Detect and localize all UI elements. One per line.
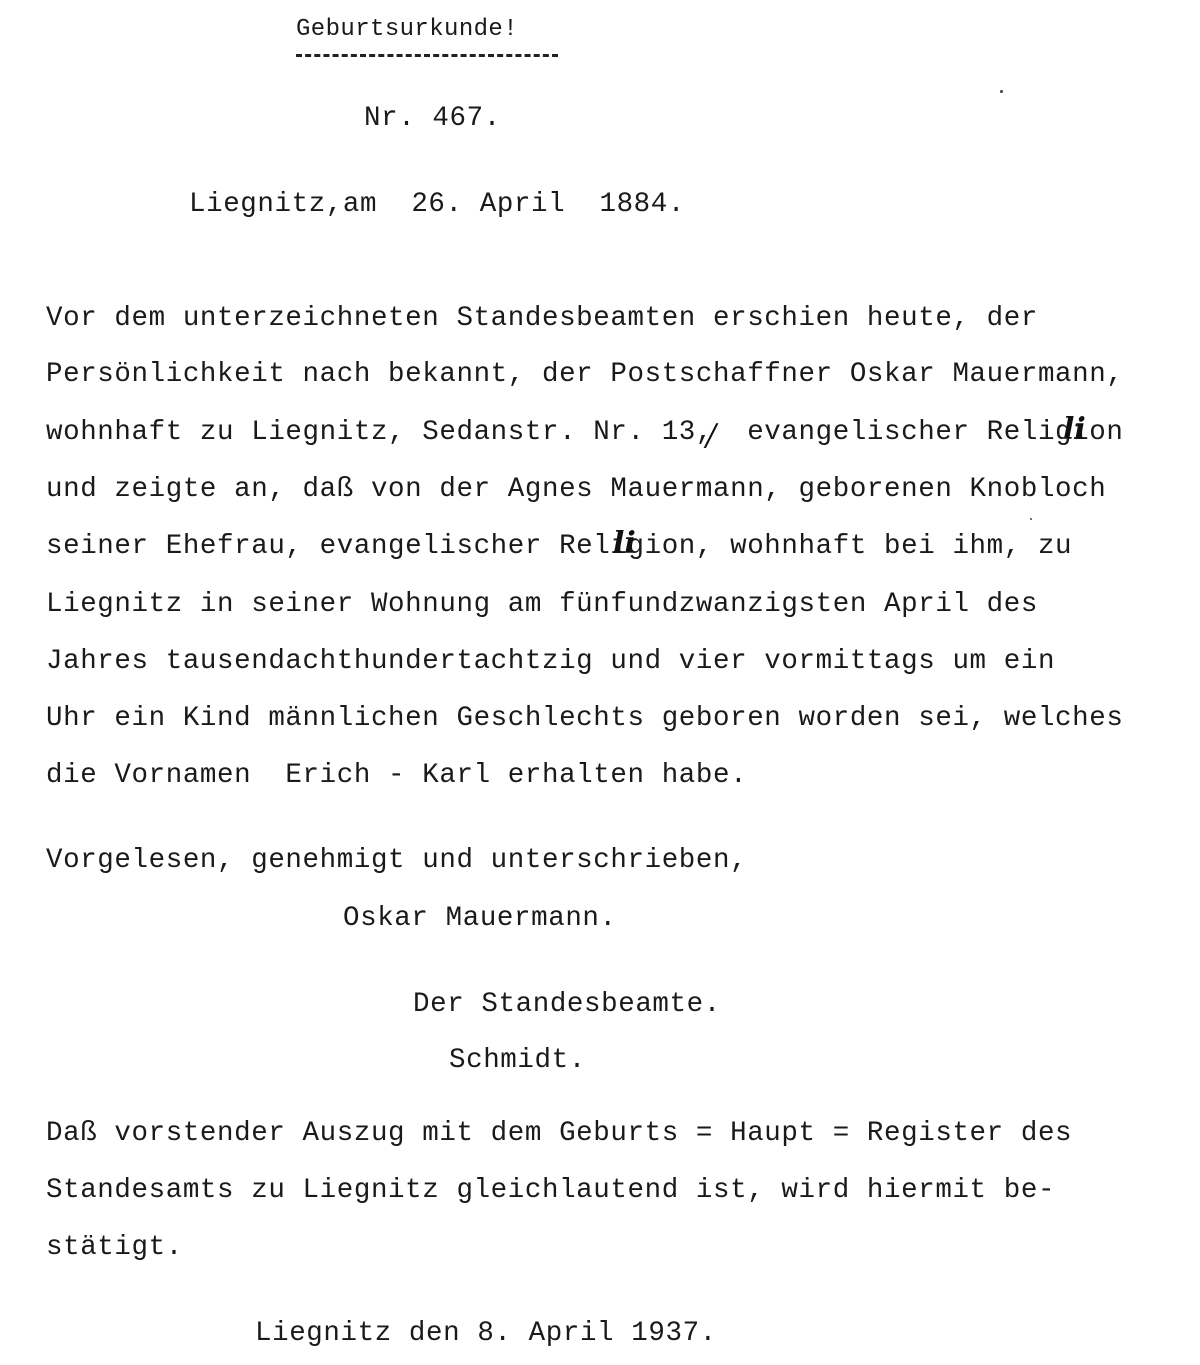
body-line-7: Jahres tausendachthundertachtzig und vie… (46, 648, 1055, 676)
certification-line-1: Daß vorstender Auszug mit dem Geburts = … (46, 1120, 1072, 1148)
title-underline (296, 54, 558, 57)
certificate-number: Nr. 467. (364, 105, 501, 133)
declarant-signature: Oskar Mauermann. (343, 905, 617, 933)
certification-line-2: Standesamts zu Liegnitz gleichlautend is… (46, 1177, 1055, 1205)
registrar-title: Der Standesbeamte. (413, 991, 721, 1019)
certification-line-3: stätigt. (46, 1234, 183, 1262)
handwritten-correction-religion-1: li (1063, 412, 1086, 447)
issue-date: Liegnitz den 8. April 1937. (255, 1320, 717, 1348)
handwritten-comma-mark: / (706, 418, 716, 453)
registrar-name: Schmidt. (449, 1047, 586, 1075)
body-line-6: Liegnitz in seiner Wohnung am fünfundzwa… (46, 591, 1038, 619)
body-line-2: Persönlichkeit nach bekannt, der Postsch… (46, 361, 1123, 389)
body-line-5: seiner Ehefrau, evangelischer Religion, … (46, 533, 1072, 561)
body-line-4: und zeigte an, daß von der Agnes Mauerma… (46, 476, 1106, 504)
place-and-date: Liegnitz,am 26. April 1884. (189, 191, 685, 219)
body-line-1: Vor dem unterzeichneten Standesbeamten e… (46, 305, 1038, 333)
paper-speck (1030, 518, 1032, 520)
body-line-8: Uhr ein Kind männlichen Geschlechts gebo… (46, 705, 1123, 733)
paper-speck (1000, 90, 1003, 93)
body-line-9: die Vornamen Erich - Karl erhalten habe. (46, 762, 747, 790)
read-approved-signed-statement: Vorgelesen, genehmigt und unterschrieben… (46, 847, 747, 875)
body-line-3: wohnhaft zu Liegnitz, Sedanstr. Nr. 13, … (46, 419, 1123, 447)
document-title: Geburtsurkunde! (296, 18, 518, 42)
handwritten-correction-religion-2: li (613, 526, 636, 561)
